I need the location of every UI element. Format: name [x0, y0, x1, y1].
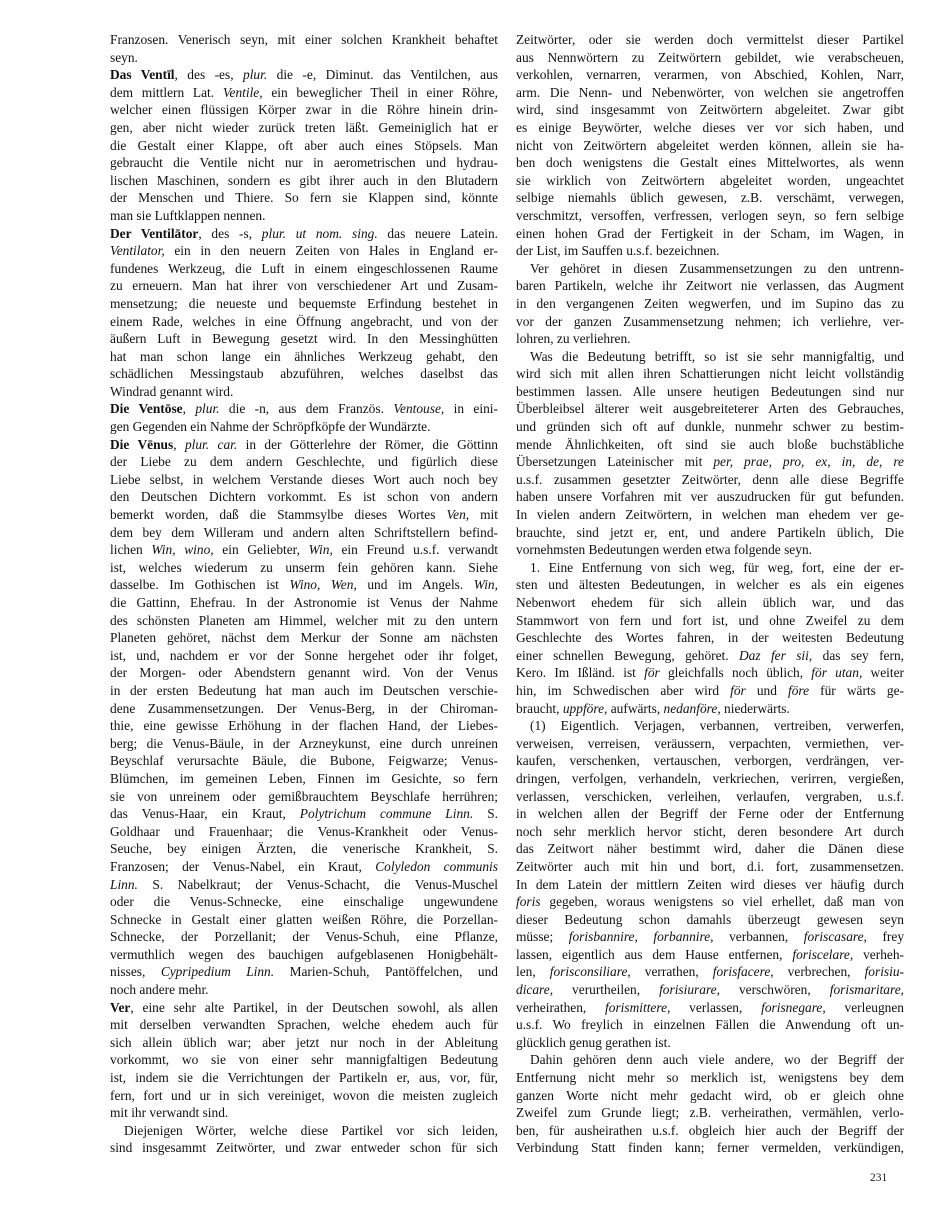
text-segment: ist, und, nachdem er vor der Sonne herge… [110, 648, 498, 663]
italic-term: plur. [243, 67, 267, 82]
text-segment: In vielen andern Zeitwörtern, in welchen… [516, 507, 904, 522]
text-line: bestimmen lassen. Alle unsere heutigen B… [516, 383, 904, 401]
text-segment: verurtheilen, [553, 982, 659, 997]
text-segment: sie wirklich von Zeitwörtern abgeleitet … [516, 173, 904, 188]
text-line: Überbleibsel älterer weit ausgebreiteter… [516, 400, 904, 418]
italic-term: Polytrichum commune Linn. [300, 806, 473, 821]
text-segment: weiter [862, 665, 904, 680]
text-segment: wird sich mit allen ihren Schattierungen… [516, 366, 904, 381]
italic-term: Win, wino, [151, 542, 213, 557]
text-segment: verheirathen, [516, 1000, 605, 1015]
text-line: einem Rade, welches in eine Öffnung ange… [110, 313, 498, 331]
text-segment: welcher einen flüssigen Körper zwar in d… [110, 102, 498, 117]
text-segment: , des -es, [175, 67, 243, 82]
text-line: vorkommt, wo sie von einer sehr mannigfa… [110, 1051, 498, 1069]
entry-headword: Die Vēnus [110, 437, 173, 452]
text-line: in der ersten Bedeutung hat man auch im … [110, 682, 498, 700]
text-segment: in eini- [444, 401, 498, 416]
text-segment: lohren, zu verliehren. [516, 331, 631, 346]
text-line: bemerkt worden, daß die Stammsylbe diese… [110, 506, 498, 524]
text-segment: seyn. [110, 50, 138, 65]
text-line: Linn. S. Nabelkraut; der Venus-Schacht, … [110, 876, 498, 894]
text-line: verkohlen, vernarren, verarmen, von Absc… [516, 66, 904, 84]
text-line: in welchen allen der Begriff der Ferne o… [516, 805, 904, 823]
italic-term: forismaritare, [830, 982, 904, 997]
italic-term: dicare, [516, 982, 553, 997]
text-segment: Goldhaar und Frauenhaar; die Venus-Krank… [110, 824, 498, 839]
text-segment: lischen Maschinen, sondern es gibt ihrer… [110, 173, 498, 188]
text-line: Schnecke in Gestalt einer glatten weißen… [110, 911, 498, 929]
text-line: sind insgesammt Zeitwörter, und zwar ent… [110, 1139, 498, 1157]
italic-term: före [788, 683, 809, 698]
text-line: fundenes Werkzeug, die Luft in einem ein… [110, 260, 498, 278]
text-segment: niederwärts. [721, 701, 790, 716]
text-segment: u.s.f. zusammen gesetzter Zeitwörter, de… [516, 472, 904, 487]
text-line: Schnecke, der Porzellanit; der Venus-Sch… [110, 928, 498, 946]
text-line: Beyschlaf verursachte Bäule, die Bubone,… [110, 752, 498, 770]
text-segment: Entfernung nicht mehr so merklich ist, w… [516, 1070, 904, 1085]
text-line: dieser Bedeutung schon damahls überzeugt… [516, 911, 904, 929]
text-line: verheirathen, forismittere, verlassen, f… [516, 999, 904, 1017]
text-line: gen, aber nicht wieder zurück treten läß… [110, 119, 498, 137]
text-line: Dahin gehören denn auch viele andere, wo… [516, 1051, 904, 1069]
text-line: glücklich genug gerathen ist. [516, 1034, 904, 1052]
entry-headword: Der Ventilātor [110, 226, 198, 241]
text-line: Der Ventilātor, des -s, plur. ut nom. si… [110, 225, 498, 243]
text-segment: Zweifel zum Grunde liegt; z.B. verheirat… [516, 1105, 904, 1120]
text-line: in den vergangenen Zeiten wegwerfen, und… [516, 295, 904, 313]
text-segment: mit derselben verwandten Sprachen, welch… [110, 1017, 498, 1032]
text-line: berg; die Venus-Bäule, in der Arzneykuns… [110, 735, 498, 753]
text-segment: gen Gegenden ein Nahme der Schröpfköpfe … [110, 419, 430, 434]
text-line: In vielen andern Zeitwörtern, in welchen… [516, 506, 904, 524]
text-segment: Windrad genannt wird. [110, 384, 233, 399]
text-segment: glücklich genug gerathen ist. [516, 1035, 671, 1050]
text-line: lischen Maschinen, sondern es gibt ihrer… [110, 172, 498, 190]
text-segment: mensetzung; die neueste und bequemste Er… [110, 296, 498, 311]
text-segment: die Gestalt einer Klappe, oft aber auch … [110, 138, 498, 153]
text-segment: es einige Beywörter, welche dieses ver v… [516, 120, 904, 135]
italic-term: forisiu- [865, 964, 904, 979]
text-segment: den Deutschen Dichtern vorkommt. Es ist … [110, 489, 498, 504]
text-line: ist, welches wiederum zu unserm fein geh… [110, 559, 498, 577]
text-segment: das sey fern, [812, 648, 904, 663]
text-segment: und [746, 683, 788, 698]
text-line: braucht, uppföre, aufwärts, nedanföre, n… [516, 700, 904, 718]
text-line: Ver, eine sehr alte Partikel, in der Deu… [110, 999, 498, 1017]
text-segment: schädlichen Messingstaub abzuführen, wel… [110, 366, 498, 381]
text-line: sich allein üblich war; aber jetzt nur n… [110, 1034, 498, 1052]
text-line: Nebenwort ehedem für sich allein üblich … [516, 594, 904, 612]
text-line: u.s.f. zusammen gesetzter Zeitwörter, de… [516, 471, 904, 489]
text-segment: selbige niemahls üblich gewesen, z.B. ve… [516, 190, 904, 205]
text-segment: Kero. Im Ißländ. ist [516, 665, 644, 680]
text-segment: Marien-Schuh, Pantöffelchen, und [274, 964, 498, 979]
text-line: selbige niemahls üblich gewesen, z.B. ve… [516, 189, 904, 207]
text-segment: noch andere mehr. [110, 982, 209, 997]
text-line: Kero. Im Ißländ. ist för gleichfalls noc… [516, 664, 904, 682]
text-line: len, forisconsiliare, verrathen, forisfa… [516, 963, 904, 981]
text-segment: in welchen allen der Begriff der Ferne o… [516, 806, 904, 821]
italic-term: forisiurare, [659, 982, 720, 997]
text-line: Die Vēnus, plur. car. in der Götterlehre… [110, 436, 498, 454]
text-line: Was die Bedeutung betrifft, so ist sie s… [516, 348, 904, 366]
text-line: Übersetzungen Lateinischer mit per, prae… [516, 453, 904, 471]
text-segment: des schönsten Planeten am Himmel, welche… [110, 613, 498, 628]
text-segment: verleugnen [826, 1000, 904, 1015]
text-segment: ist, indem sie die Verrichtungen der Par… [110, 1070, 498, 1085]
text-line: Goldhaar und Frauenhaar; die Venus-Krank… [110, 823, 498, 841]
text-segment: kaufen, verschenken, vertauschen, verbor… [516, 753, 904, 768]
text-segment: verschmitzt, versoffen, verfressen, verl… [516, 208, 904, 223]
text-segment: Dahin gehören denn auch viele andere, wo… [530, 1052, 904, 1067]
text-line: mit ihr verwandt sind. [110, 1104, 498, 1122]
text-segment: Liebe selbst, in welchem Verstande diese… [110, 472, 498, 487]
text-line: den Deutschen Dichtern vorkommt. Es ist … [110, 488, 498, 506]
italic-term: Ventouse, [393, 401, 444, 416]
text-segment: Schnecke in Gestalt einer glatten weißen… [110, 912, 498, 927]
text-line: noch sehr merklich hervor sticht, deren … [516, 823, 904, 841]
text-segment: dene Zusammensetzungen. Der Venus-Berg, … [110, 701, 498, 716]
text-segment: der Liebe zu dem andern Geschlechte, und… [110, 454, 498, 469]
text-segment: , eine sehr alte Partikel, in der Deutsc… [130, 1000, 498, 1015]
text-segment: baren Partikeln, welche ihr Zeitwort nie… [516, 278, 904, 293]
italic-term: Daz fer sii, [739, 648, 812, 663]
text-line: wird sich mit allen ihren Schattierungen… [516, 365, 904, 383]
text-line: gen Gegenden ein Nahme der Schröpfköpfe … [110, 418, 498, 436]
text-segment: in der ersten Bedeutung hat man auch im … [110, 683, 498, 698]
dictionary-page: Franzosen. Venerisch seyn, mit einer sol… [0, 0, 935, 1210]
text-line: und gründen sich oft auf dunkle, nunmehr… [516, 418, 904, 436]
text-line: Zeitwörter, oder sie werden doch vermitt… [516, 31, 904, 49]
text-segment: 1. Eine Entfernung von sich weg, für weg… [530, 560, 904, 575]
text-line: ben, für ausheirathen u.s.f. obgleich hi… [516, 1122, 904, 1140]
text-segment: verkohlen, vernarren, verarmen, von Absc… [516, 67, 904, 82]
text-line: der List, im Sauffen u.s.f. bezeichnen. [516, 242, 904, 260]
text-segment: ein Freund u.s.f. verwandt [333, 542, 498, 557]
text-segment: Geschlechte des Wortes fahren, in der we… [516, 630, 904, 645]
text-segment: vornehmsten Bedeutungen werden etwa folg… [516, 542, 812, 557]
text-line: einer schnellen Bewegung, gehöret. Daz f… [516, 647, 904, 665]
italic-term: forisbannire, forbannire, [569, 929, 714, 944]
text-line: sie von unreinem oder gemißbrauchtem Bey… [110, 788, 498, 806]
text-line: Die Ventōse, plur. die -n, aus dem Franz… [110, 400, 498, 418]
italic-term: Colyledon communis [375, 859, 498, 874]
text-segment: der List, im Sauffen u.s.f. bezeichnen. [516, 243, 720, 258]
entry-headword: Das Ventīl [110, 67, 175, 82]
text-segment: verbannen, [714, 929, 804, 944]
text-segment: bemerkt worden, daß die Stammsylbe diese… [110, 507, 446, 522]
text-segment: Blümchen, im gemeinen Leben, Finnen im G… [110, 771, 498, 786]
text-line: das Zeitwort näher bestimmt wird, daher … [516, 840, 904, 858]
text-segment: einen hohen Grad der Fertigkeit in der S… [516, 226, 904, 241]
text-segment: frey [867, 929, 904, 944]
italic-term: per, prae, pro, ex, in, de, re [713, 454, 904, 469]
text-segment: der Menschen und Thiere. So fern sie Kla… [110, 190, 498, 205]
text-segment: gegeben, woraus wenigstens so viel erhel… [541, 894, 904, 909]
text-line: schädlichen Messingstaub abzuführen, wel… [110, 365, 498, 383]
text-segment: nicht von Zeitwörtern abgeleitet werden … [516, 138, 904, 153]
text-line: man sie Luftklappen nennen. [110, 207, 498, 225]
text-segment: das neuere Latein. [378, 226, 498, 241]
italic-term: foriscelare, [792, 947, 853, 962]
text-line: oder die Venus-Schnecke, eine einschalig… [110, 893, 498, 911]
text-line: Ventilator, ein in den neuern Zeiten von… [110, 242, 498, 260]
text-segment: dieser Bedeutung schon damahls überzeugt… [516, 912, 904, 927]
text-line: seyn. [110, 49, 498, 67]
text-line: dem bey dem Willeram und andern alten Sc… [110, 524, 498, 542]
text-line: der Liebe zu dem andern Geschlechte, und… [110, 453, 498, 471]
text-segment: Planeten gehöret, nächst dem Merkur der … [110, 630, 498, 645]
italic-term: plur. ut nom. sing. [262, 226, 378, 241]
text-segment: verweisen, verreisen, veräussern, verpac… [516, 736, 904, 751]
text-line: äußern Luft in Bewegung gesetzt wird. In… [110, 330, 498, 348]
text-segment: Überbleibsel älterer weit ausgebreiteter… [516, 401, 904, 416]
text-segment: Zeitwörter, oder sie werden doch vermitt… [516, 32, 904, 47]
right-text-column: Zeitwörter, oder sie werden doch vermitt… [516, 31, 904, 1157]
text-segment: oder die Venus-Schnecke, eine einschalig… [110, 894, 498, 909]
text-segment: Was die Bedeutung betrifft, so ist sie s… [530, 349, 904, 364]
text-segment: mit [469, 507, 498, 522]
text-segment: zu erneuern. Man hat ihrer von verschied… [110, 278, 498, 293]
text-segment: hin, im Schwedischen aber wird [516, 683, 730, 698]
text-segment: vermuthlich wegen des bauchigen aufgebla… [110, 947, 498, 962]
text-segment: das Zeitwort näher bestimmt wird, daher … [516, 841, 904, 856]
text-segment: hat man schon lange ein ähnliches Werkze… [110, 349, 498, 364]
text-segment: haben unsere Vorfahren mit ver auszudruc… [516, 489, 904, 504]
text-line: nicht von Zeitwörtern abgeleitet werden … [516, 137, 904, 155]
text-segment: aus Nennwörtern zu Zeitwörtern gebildet,… [516, 50, 904, 65]
text-segment: in der Götterlehre der Römer, die Göttin… [237, 437, 498, 452]
text-segment: verlassen, [670, 1000, 761, 1015]
text-line: dasselbe. Im Gothischen ist Wino, Wen, u… [110, 576, 498, 594]
text-line: wird, sind insgesammt von Zeitwörtern ab… [516, 101, 904, 119]
text-segment: einer schnellen Bewegung, gehöret. [516, 648, 739, 663]
text-segment: S. [473, 806, 498, 821]
text-line: Geschlechte des Wortes fahren, in der we… [516, 629, 904, 647]
text-segment: ein Geliebter, [214, 542, 309, 557]
text-line: mensetzung; die neueste und bequemste Er… [110, 295, 498, 313]
text-segment: sich allein üblich war; aber jetzt nur n… [110, 1035, 498, 1050]
text-segment: , [183, 401, 196, 416]
text-line: Blümchen, im gemeinen Leben, Finnen im G… [110, 770, 498, 788]
text-segment: sind insgesammt Zeitwörter, und zwar ent… [110, 1140, 498, 1155]
left-text-column: Franzosen. Venerisch seyn, mit einer sol… [110, 31, 498, 1157]
italic-term: forisconsiliare, [550, 964, 631, 979]
text-segment: in den vergangenen Zeiten wegwerfen, und… [516, 296, 904, 311]
text-segment: len, [516, 964, 550, 979]
italic-term: för utan, [811, 665, 862, 680]
italic-term: forismittere, [605, 1000, 670, 1015]
text-segment: Nebenwort ehedem für sich allein üblich … [516, 595, 904, 610]
text-segment: vorkommt, wo sie von einer sehr mannigfa… [110, 1052, 498, 1067]
italic-term: Wino, Wen, [289, 577, 356, 592]
text-segment: mende Ähnlichkeiten, oft sind sie auch b… [516, 437, 904, 452]
text-segment: ben, für ausheirathen u.s.f. obgleich hi… [516, 1123, 904, 1138]
italic-term: plur. [195, 401, 219, 416]
text-segment: In dem Latein der mittlern Zeiten wird d… [516, 877, 904, 892]
entry-headword: Die Ventōse [110, 401, 183, 416]
text-line: 1. Eine Entfernung von sich weg, für weg… [516, 559, 904, 577]
text-segment: Stammwort von fern und fort ist, und ohn… [516, 613, 904, 628]
text-line: sten und ältesten Bedeutungen, in welche… [516, 576, 904, 594]
text-segment: wird, sind insgesammt von Zeitwörtern ab… [516, 102, 904, 117]
text-segment: gen, aber nicht wieder zurück treten läß… [110, 120, 498, 135]
text-segment: ist, welches wiederum zu unserm fein geh… [110, 560, 498, 575]
entry-headword: Ver [110, 1000, 130, 1015]
text-line: lohren, zu verliehren. [516, 330, 904, 348]
text-segment: verschwören, [720, 982, 830, 997]
text-line: brauchte, sind jetzt er, ent, und andere… [516, 524, 904, 542]
text-line: dem mittlern Lat. Ventile, ein beweglich… [110, 84, 498, 102]
italic-term: Win, [474, 577, 498, 592]
italic-term: nedanföre, [664, 701, 721, 716]
italic-term: för [730, 683, 746, 698]
text-line: Ver gehöret in diesen Zusammensetzungen … [516, 260, 904, 278]
text-line: zu erneuern. Man hat ihrer von verschied… [110, 277, 498, 295]
text-line: hin, im Schwedischen aber wird för und f… [516, 682, 904, 700]
text-line: einen hohen Grad der Fertigkeit in der S… [516, 225, 904, 243]
italic-term: Ven, [446, 507, 469, 522]
text-line: verweisen, verreisen, veräussern, verpac… [516, 735, 904, 753]
text-segment: gleichfalls noch üblich, [660, 665, 812, 680]
text-line: verlassen, verschicken, verleihen, verla… [516, 788, 904, 806]
text-line: vor der ganzen Zusammensetzung nehmen; i… [516, 313, 904, 331]
text-segment: müsse; [516, 929, 569, 944]
text-segment: sie von unreinem oder gemißbrauchtem Bey… [110, 789, 498, 804]
text-segment: verbrechen, [774, 964, 865, 979]
text-segment: äußern Luft in Bewegung gesetzt wird. In… [110, 331, 498, 346]
text-segment: noch sehr merklich hervor sticht, deren … [516, 824, 904, 839]
text-segment: bestimmen lassen. Alle unsere heutigen B… [516, 384, 904, 399]
text-line: lichen Win, wino, ein Geliebter, Win, ei… [110, 541, 498, 559]
italic-term: forisnegare, [761, 1000, 826, 1015]
text-line: arm. Die Nenn- und Nebenwörter, von welc… [516, 84, 904, 102]
text-segment: , des -s, [198, 226, 261, 241]
text-segment: dem mittlern Lat. [110, 85, 223, 100]
text-segment: berg; die Venus-Bäule, in der Arzneykuns… [110, 736, 498, 751]
text-line: Entfernung nicht mehr so merklich ist, w… [516, 1069, 904, 1087]
text-line: thie, eine gewisse Erhöhung in der flach… [110, 717, 498, 735]
text-line: mende Ähnlichkeiten, oft sind sie auch b… [516, 436, 904, 454]
text-segment: einem Rade, welches in eine Öffnung ange… [110, 314, 498, 329]
text-line: Franzosen. Venerisch seyn, mit einer sol… [110, 31, 498, 49]
text-segment: die -n, aus dem Französ. [220, 401, 394, 416]
text-line: Das Ventīl, des -es, plur. die -e, Dimin… [110, 66, 498, 84]
text-segment: Franzosen; der Venus-Nabel, ein Kraut, [110, 859, 375, 874]
text-line: lassen, eigentlich aus dem Hause entfern… [516, 946, 904, 964]
text-line: der Morgen- oder Abendstern genannt wird… [110, 664, 498, 682]
text-line: Seuche, bey einigen Ärzten, die venerisc… [110, 840, 498, 858]
text-line: welcher einen flüssigen Körper zwar in d… [110, 101, 498, 119]
text-line: Planeten gehöret, nächst dem Merkur der … [110, 629, 498, 647]
text-segment: u.s.f. Wo freylich in einzelnen Fällen d… [516, 1017, 904, 1032]
italic-term: foriscasare, [804, 929, 867, 944]
text-segment: dringen, verfolgen, verhandeln, verkriec… [516, 771, 904, 786]
text-line: gebraucht die Ventile nicht nur in aerom… [110, 154, 498, 172]
text-line: Franzosen; der Venus-Nabel, ein Kraut, C… [110, 858, 498, 876]
text-line: Windrad genannt wird. [110, 383, 498, 401]
italic-term: uppföre, [563, 701, 608, 716]
text-segment: brauchte, sind jetzt er, ent, und andere… [516, 525, 904, 540]
text-line: ben doch wenigstens die Gestalt eines Mi… [516, 154, 904, 172]
text-line: verschmitzt, versoffen, verfressen, verl… [516, 207, 904, 225]
text-line: ist, indem sie die Verrichtungen der Par… [110, 1069, 498, 1087]
text-segment: Verbindung Statt finden kann; ferner ver… [516, 1140, 904, 1155]
text-segment: das Venus-Haar, ein Kraut, [110, 806, 300, 821]
text-segment: lassen, eigentlich aus dem Hause entfern… [516, 947, 792, 962]
text-segment: nisses, [110, 964, 161, 979]
text-segment: und im Angels. [357, 577, 474, 592]
text-line: des schönsten Planeten am Himmel, welche… [110, 612, 498, 630]
text-segment: dasselbe. Im Gothischen ist [110, 577, 289, 592]
italic-term: Win, [309, 542, 333, 557]
text-segment: fundenes Werkzeug, die Luft in einem ein… [110, 261, 498, 276]
text-segment: verheh- [853, 947, 904, 962]
text-segment: aufwärts, [607, 701, 663, 716]
text-line: aus Nennwörtern zu Zeitwörtern gebildet,… [516, 49, 904, 67]
italic-term: plur. car. [185, 437, 237, 452]
page-number: 231 [870, 1172, 887, 1184]
italic-term: för [644, 665, 660, 680]
text-line: müsse; forisbannire, forbannire, verbann… [516, 928, 904, 946]
text-line: das Venus-Haar, ein Kraut, Polytrichum c… [110, 805, 498, 823]
text-line: es einige Beywörter, welche dieses ver v… [516, 119, 904, 137]
text-line: u.s.f. Wo freylich in einzelnen Fällen d… [516, 1016, 904, 1034]
text-line: baren Partikeln, welche ihr Zeitwort nie… [516, 277, 904, 295]
text-segment: S. Nabelkraut; der Venus-Schacht, die Ve… [138, 877, 498, 892]
text-segment: ben doch wenigstens die Gestalt eines Mi… [516, 155, 904, 170]
text-segment: Seuche, bey einigen Ärzten, die venerisc… [110, 841, 498, 856]
text-segment: lichen [110, 542, 151, 557]
text-segment: die -e, Diminut. das Ventilchen, aus [267, 67, 498, 82]
text-line: die Gestalt einer Klappe, oft aber auch … [110, 137, 498, 155]
text-segment: vor der ganzen Zusammensetzung nehmen; i… [516, 314, 904, 329]
text-line: kaufen, verschenken, vertauschen, verbor… [516, 752, 904, 770]
text-segment: fern, fort und ur in sich vereiniget, wo… [110, 1088, 498, 1103]
text-segment: Diejenigen Wörter, welche diese Partikel… [124, 1123, 498, 1138]
text-segment: ein beweglicher Theil in einer Röhre, [263, 85, 498, 100]
text-segment: sten und ältesten Bedeutungen, in welche… [516, 577, 904, 592]
text-segment: verlassen, verschicken, verleihen, verla… [516, 789, 904, 804]
italic-term: forisfacere, [713, 964, 774, 979]
text-segment: thie, eine gewisse Erhöhung in der flach… [110, 718, 498, 733]
text-segment: gebraucht die Ventile nicht nur in aerom… [110, 155, 498, 170]
text-line: dicare, verurtheilen, forisiurare, versc… [516, 981, 904, 999]
text-line: ganzen Worte nicht mehr gedacht wird, ob… [516, 1087, 904, 1105]
text-line: fern, fort und ur in sich vereiniget, wo… [110, 1087, 498, 1105]
text-line: hat man schon lange ein ähnliches Werkze… [110, 348, 498, 366]
text-segment: Schnecke, der Porzellanit; der Venus-Sch… [110, 929, 498, 944]
text-line: vermuthlich wegen des bauchigen aufgebla… [110, 946, 498, 964]
text-line: dringen, verfolgen, verhandeln, verkriec… [516, 770, 904, 788]
text-line: noch andere mehr. [110, 981, 498, 999]
text-line: In dem Latein der mittlern Zeiten wird d… [516, 876, 904, 894]
text-line: Zeitwörter auch mit hin und bort, d.i. f… [516, 858, 904, 876]
text-line: Liebe selbst, in welchem Verstande diese… [110, 471, 498, 489]
italic-term: Ventilator, [110, 243, 165, 258]
text-line: die Gattinn, Ehefrau. In der Astronomie … [110, 594, 498, 612]
text-line: vornehmsten Bedeutungen werden etwa folg… [516, 541, 904, 559]
text-segment: Zeitwörter auch mit hin und bort, d.i. f… [516, 859, 904, 874]
text-line: ist, und, nachdem er vor der Sonne herge… [110, 647, 498, 665]
text-segment: (1) Eigentlich. Verjagen, verbannen, ver… [530, 718, 904, 733]
text-segment: man sie Luftklappen nennen. [110, 208, 265, 223]
text-line: sie wirklich von Zeitwörtern abgeleitet … [516, 172, 904, 190]
text-segment: Beyschlaf verursachte Bäule, die Bubone,… [110, 753, 498, 768]
text-line: (1) Eigentlich. Verjagen, verbannen, ver… [516, 717, 904, 735]
italic-term: foris [516, 894, 541, 909]
